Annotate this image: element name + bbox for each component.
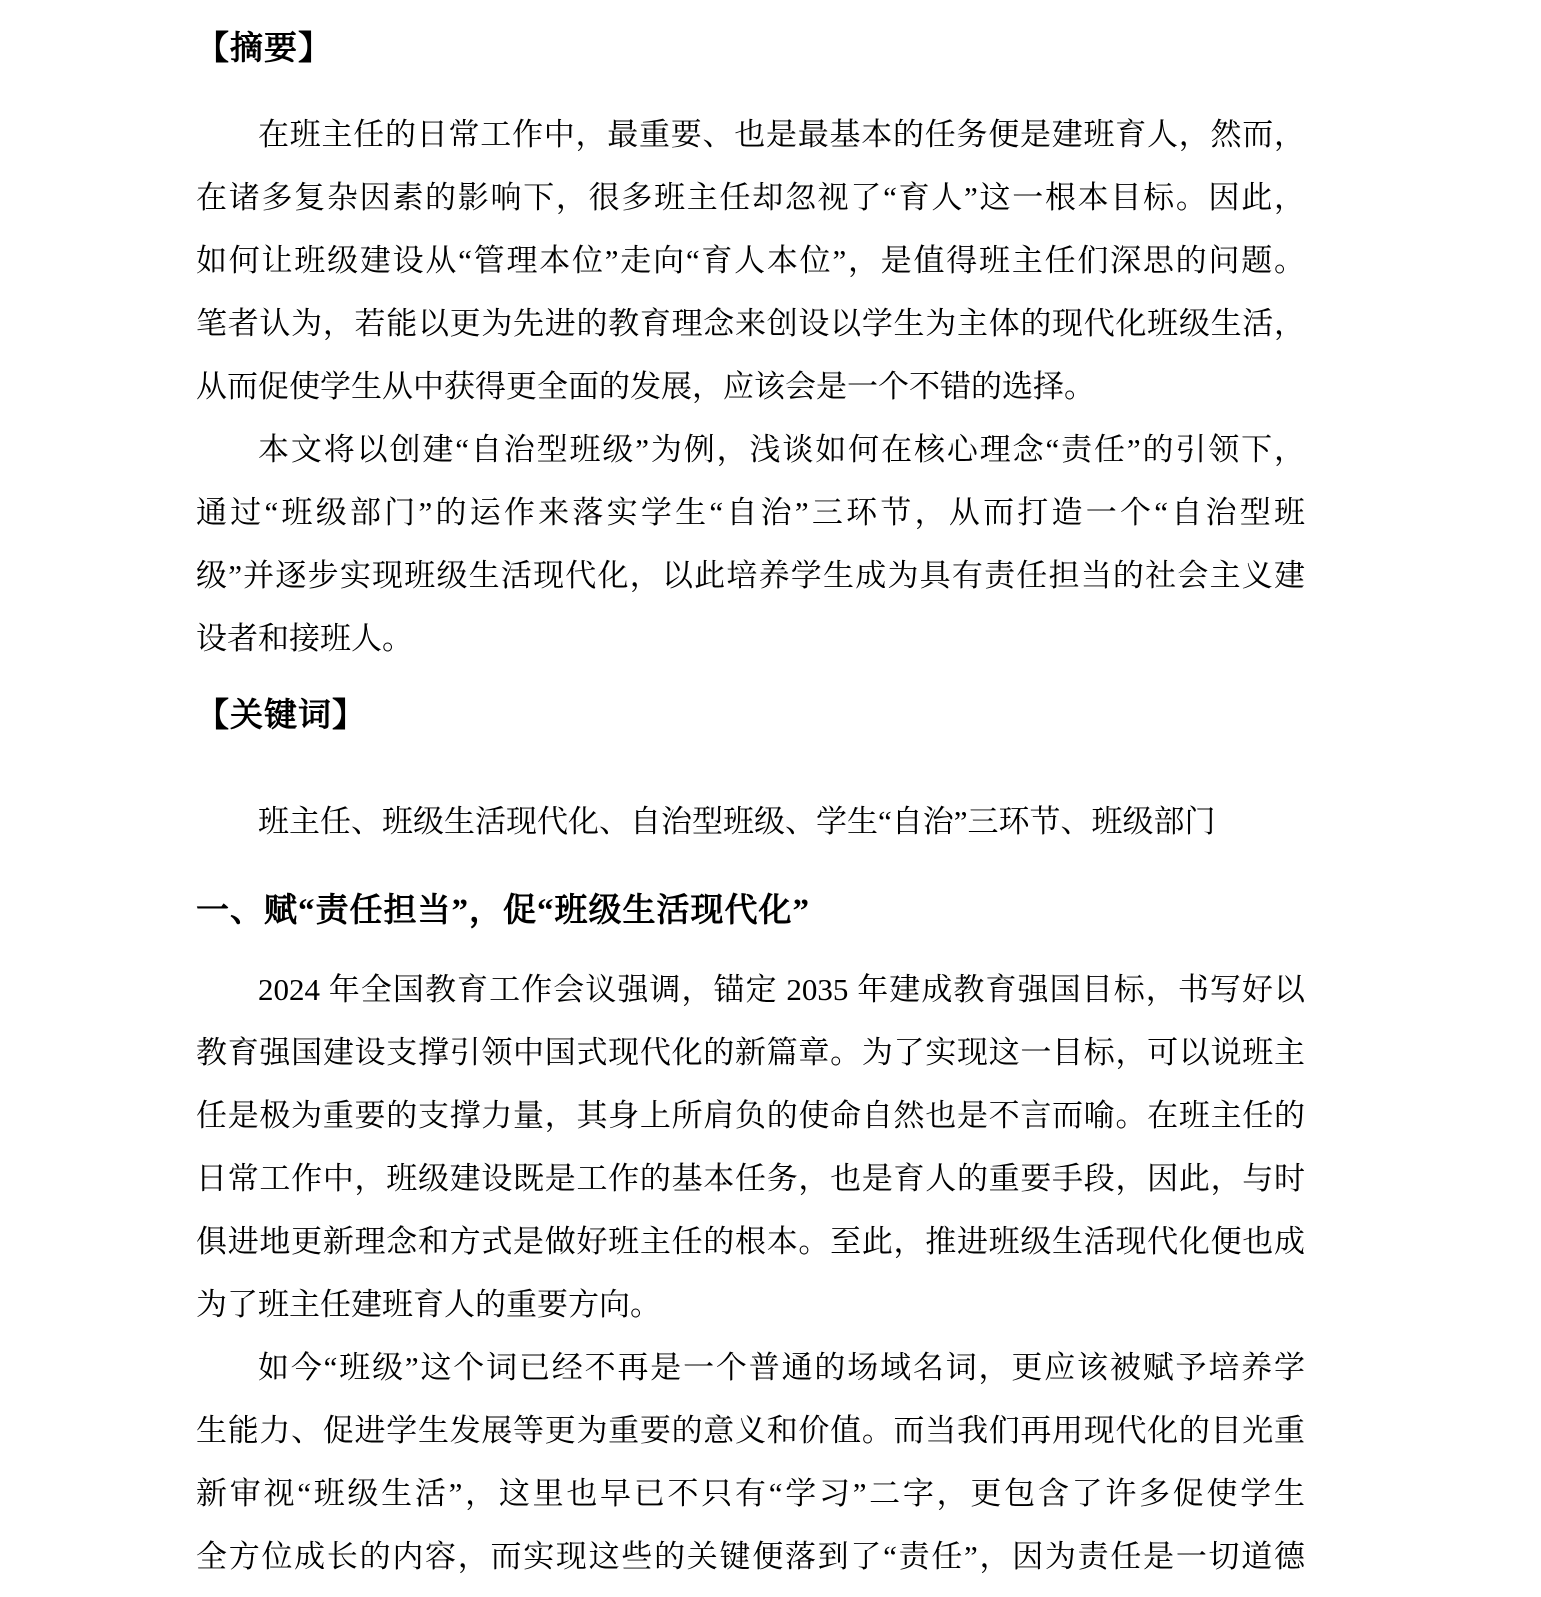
text-line: 教育强国建设支撑引领中国式现代化的新篇章。为了实现这一目标，可以说班主 [196, 1021, 1305, 1084]
text-line: 在诸多复杂因素的影响下，很多班主任却忽视了“育人”这一根本目标。因此， [196, 166, 1305, 229]
text-line: 新审视“班级生活”，这里也早已不只有“学习”二字，更包含了许多促使学生 [196, 1462, 1305, 1525]
abstract-heading: 【摘要】 [196, 18, 1305, 81]
text-line: 级”并逐步实现班级生活现代化，以此培养学生成为具有责任担当的社会主义建 [196, 544, 1305, 607]
text-line: 如今“班级”这个词已经不再是一个普通的场域名词，更应该被赋予培养学 [196, 1336, 1305, 1399]
text-line: 日常工作中，班级建设既是工作的基本任务，也是育人的重要手段，因此，与时 [196, 1147, 1305, 1210]
keywords-paragraph: 班主任、班级生活现代化、自治型班级、学生“自治”三环节、班级部门 [196, 790, 1305, 853]
abstract-paragraph-1: 在班主任的日常工作中，最重要、也是最基本的任务便是建班育人，然而， 在诸多复杂因… [196, 103, 1305, 418]
document-content: 【摘要】 在班主任的日常工作中，最重要、也是最基本的任务便是建班育人，然而， 在… [196, 18, 1305, 1588]
document-page: 【摘要】 在班主任的日常工作中，最重要、也是最基本的任务便是建班育人，然而， 在… [0, 0, 1541, 1597]
text-line: 在班主任的日常工作中，最重要、也是最基本的任务便是建班育人，然而， [196, 103, 1305, 166]
keywords-line: 班主任、班级生活现代化、自治型班级、学生“自治”三环节、班级部门 [196, 790, 1305, 853]
abstract-paragraph-2: 本文将以创建“自治型班级”为例，浅谈如何在核心理念“责任”的引领下， 通过“班级… [196, 418, 1305, 670]
section1-paragraph-2: 如今“班级”这个词已经不再是一个普通的场域名词，更应该被赋予培养学 生能力、促进… [196, 1336, 1305, 1588]
keywords-heading: 【关键词】 [196, 685, 1305, 748]
text-line: 从而促使学生从中获得更全面的发展，应该会是一个不错的选择。 [196, 355, 1305, 418]
text-line: 全方位成长的内容，而实现这些的关键便落到了“责任”，因为责任是一切道德 [196, 1525, 1305, 1588]
section1-paragraph-1: 2024 年全国教育工作会议强调，锚定 2035 年建成教育强国目标，书写好以 … [196, 958, 1305, 1336]
text-line: 如何让班级建设从“管理本位”走向“育人本位”，是值得班主任们深思的问题。 [196, 229, 1305, 292]
text-line: 笔者认为，若能以更为先进的教育理念来创设以学生为主体的现代化班级生活， [196, 292, 1305, 355]
text-line: 2024 年全国教育工作会议强调，锚定 2035 年建成教育强国目标，书写好以 [196, 958, 1305, 1021]
text-line: 为了班主任建班育人的重要方向。 [196, 1273, 1305, 1336]
text-line: 通过“班级部门”的运作来落实学生“自治”三环节，从而打造一个“自治型班 [196, 481, 1305, 544]
section1-heading: 一、赋“责任担当”，促“班级生活现代化” [196, 880, 1305, 943]
text-line: 俱进地更新理念和方式是做好班主任的根本。至此，推进班级生活现代化便也成 [196, 1210, 1305, 1273]
text-line: 本文将以创建“自治型班级”为例，浅谈如何在核心理念“责任”的引领下， [196, 418, 1305, 481]
text-line: 任是极为重要的支撑力量，其身上所肩负的使命自然也是不言而喻。在班主任的 [196, 1084, 1305, 1147]
text-line: 设者和接班人。 [196, 607, 1305, 670]
text-line: 生能力、促进学生发展等更为重要的意义和价值。而当我们再用现代化的目光重 [196, 1399, 1305, 1462]
